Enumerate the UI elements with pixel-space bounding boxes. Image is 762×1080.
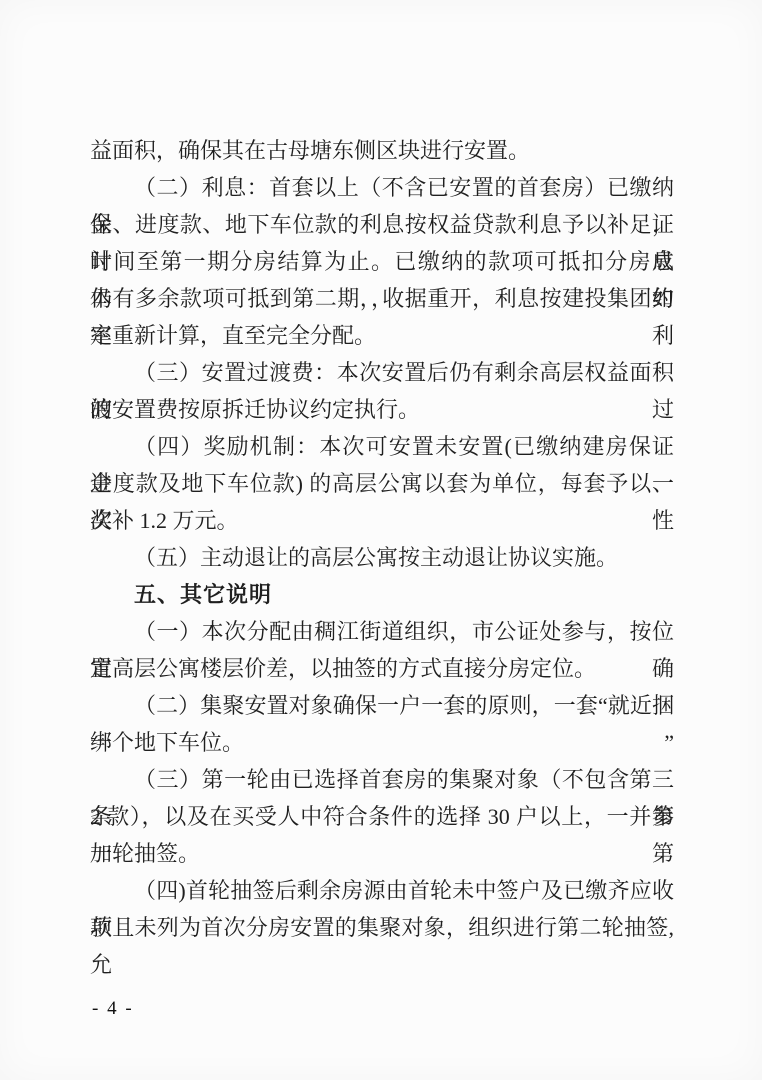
text-line: 仍有多余款项可抵到第二期，收据重开，利息按建投集团约定利 xyxy=(90,280,674,317)
text-line: 2 款），以及在买受人中符合条件的选择 30 户以上，一并参加第 xyxy=(90,798,674,835)
text-line: 时间至第一期分房结算为止。已缴纳的款项可抵扣分房成本，如 xyxy=(90,243,674,280)
text-line: （二）集聚安置对象确保一户一套的原则，一套“就近捆绑” xyxy=(90,687,674,724)
text-line: 益面积，确保其在古母塘东侧区块进行安置。 xyxy=(90,132,674,169)
text-line: 五、其它说明 xyxy=(90,576,674,613)
document-body: 益面积，确保其在古母塘东侧区块进行安置。（二）利息：首套以上（不含已安置的首套房… xyxy=(90,132,674,946)
text-line: 金、进度款、地下车位款的利息按权益贷款利息予以补足，计息 xyxy=(90,206,674,243)
page-number: - 4 - xyxy=(92,998,134,1020)
text-line: （四）奖励机制：本次可安置未安置(已缴纳建房保证金、 xyxy=(90,428,674,465)
text-line: （五）主动退让的高层公寓按主动退让协议实施。 xyxy=(90,539,674,576)
document-page: 益面积，确保其在古母塘东侧区块进行安置。（二）利息：首套以上（不含已安置的首套房… xyxy=(0,0,762,1080)
text-line: （三）安置过渡费：本次安置后仍有剩余高层权益面积的过 xyxy=(90,354,674,391)
text-line: 项且未列为首次分房安置的集聚对象，组织进行第二轮抽签,允 xyxy=(90,909,674,946)
text-line: （三）第一轮由已选择首套房的集聚对象（不包含第三条第 xyxy=(90,761,674,798)
text-line: 定高层公寓楼层价差，以抽签的方式直接分房定位。 xyxy=(90,650,674,687)
text-line: 进度款及地下车位款) 的高层公寓以套为单位，每套予以一次性 xyxy=(90,465,674,502)
text-line: （四)首轮抽签后剩余房源由首轮未中签户及已缴齐应收款 xyxy=(90,872,674,909)
text-line: （一）本次分配由稠江街道组织，市公证处参与，按位置确 xyxy=(90,613,674,650)
text-line: （二）利息：首套以上（不含已安置的首套房）已缴纳保证 xyxy=(90,169,674,206)
